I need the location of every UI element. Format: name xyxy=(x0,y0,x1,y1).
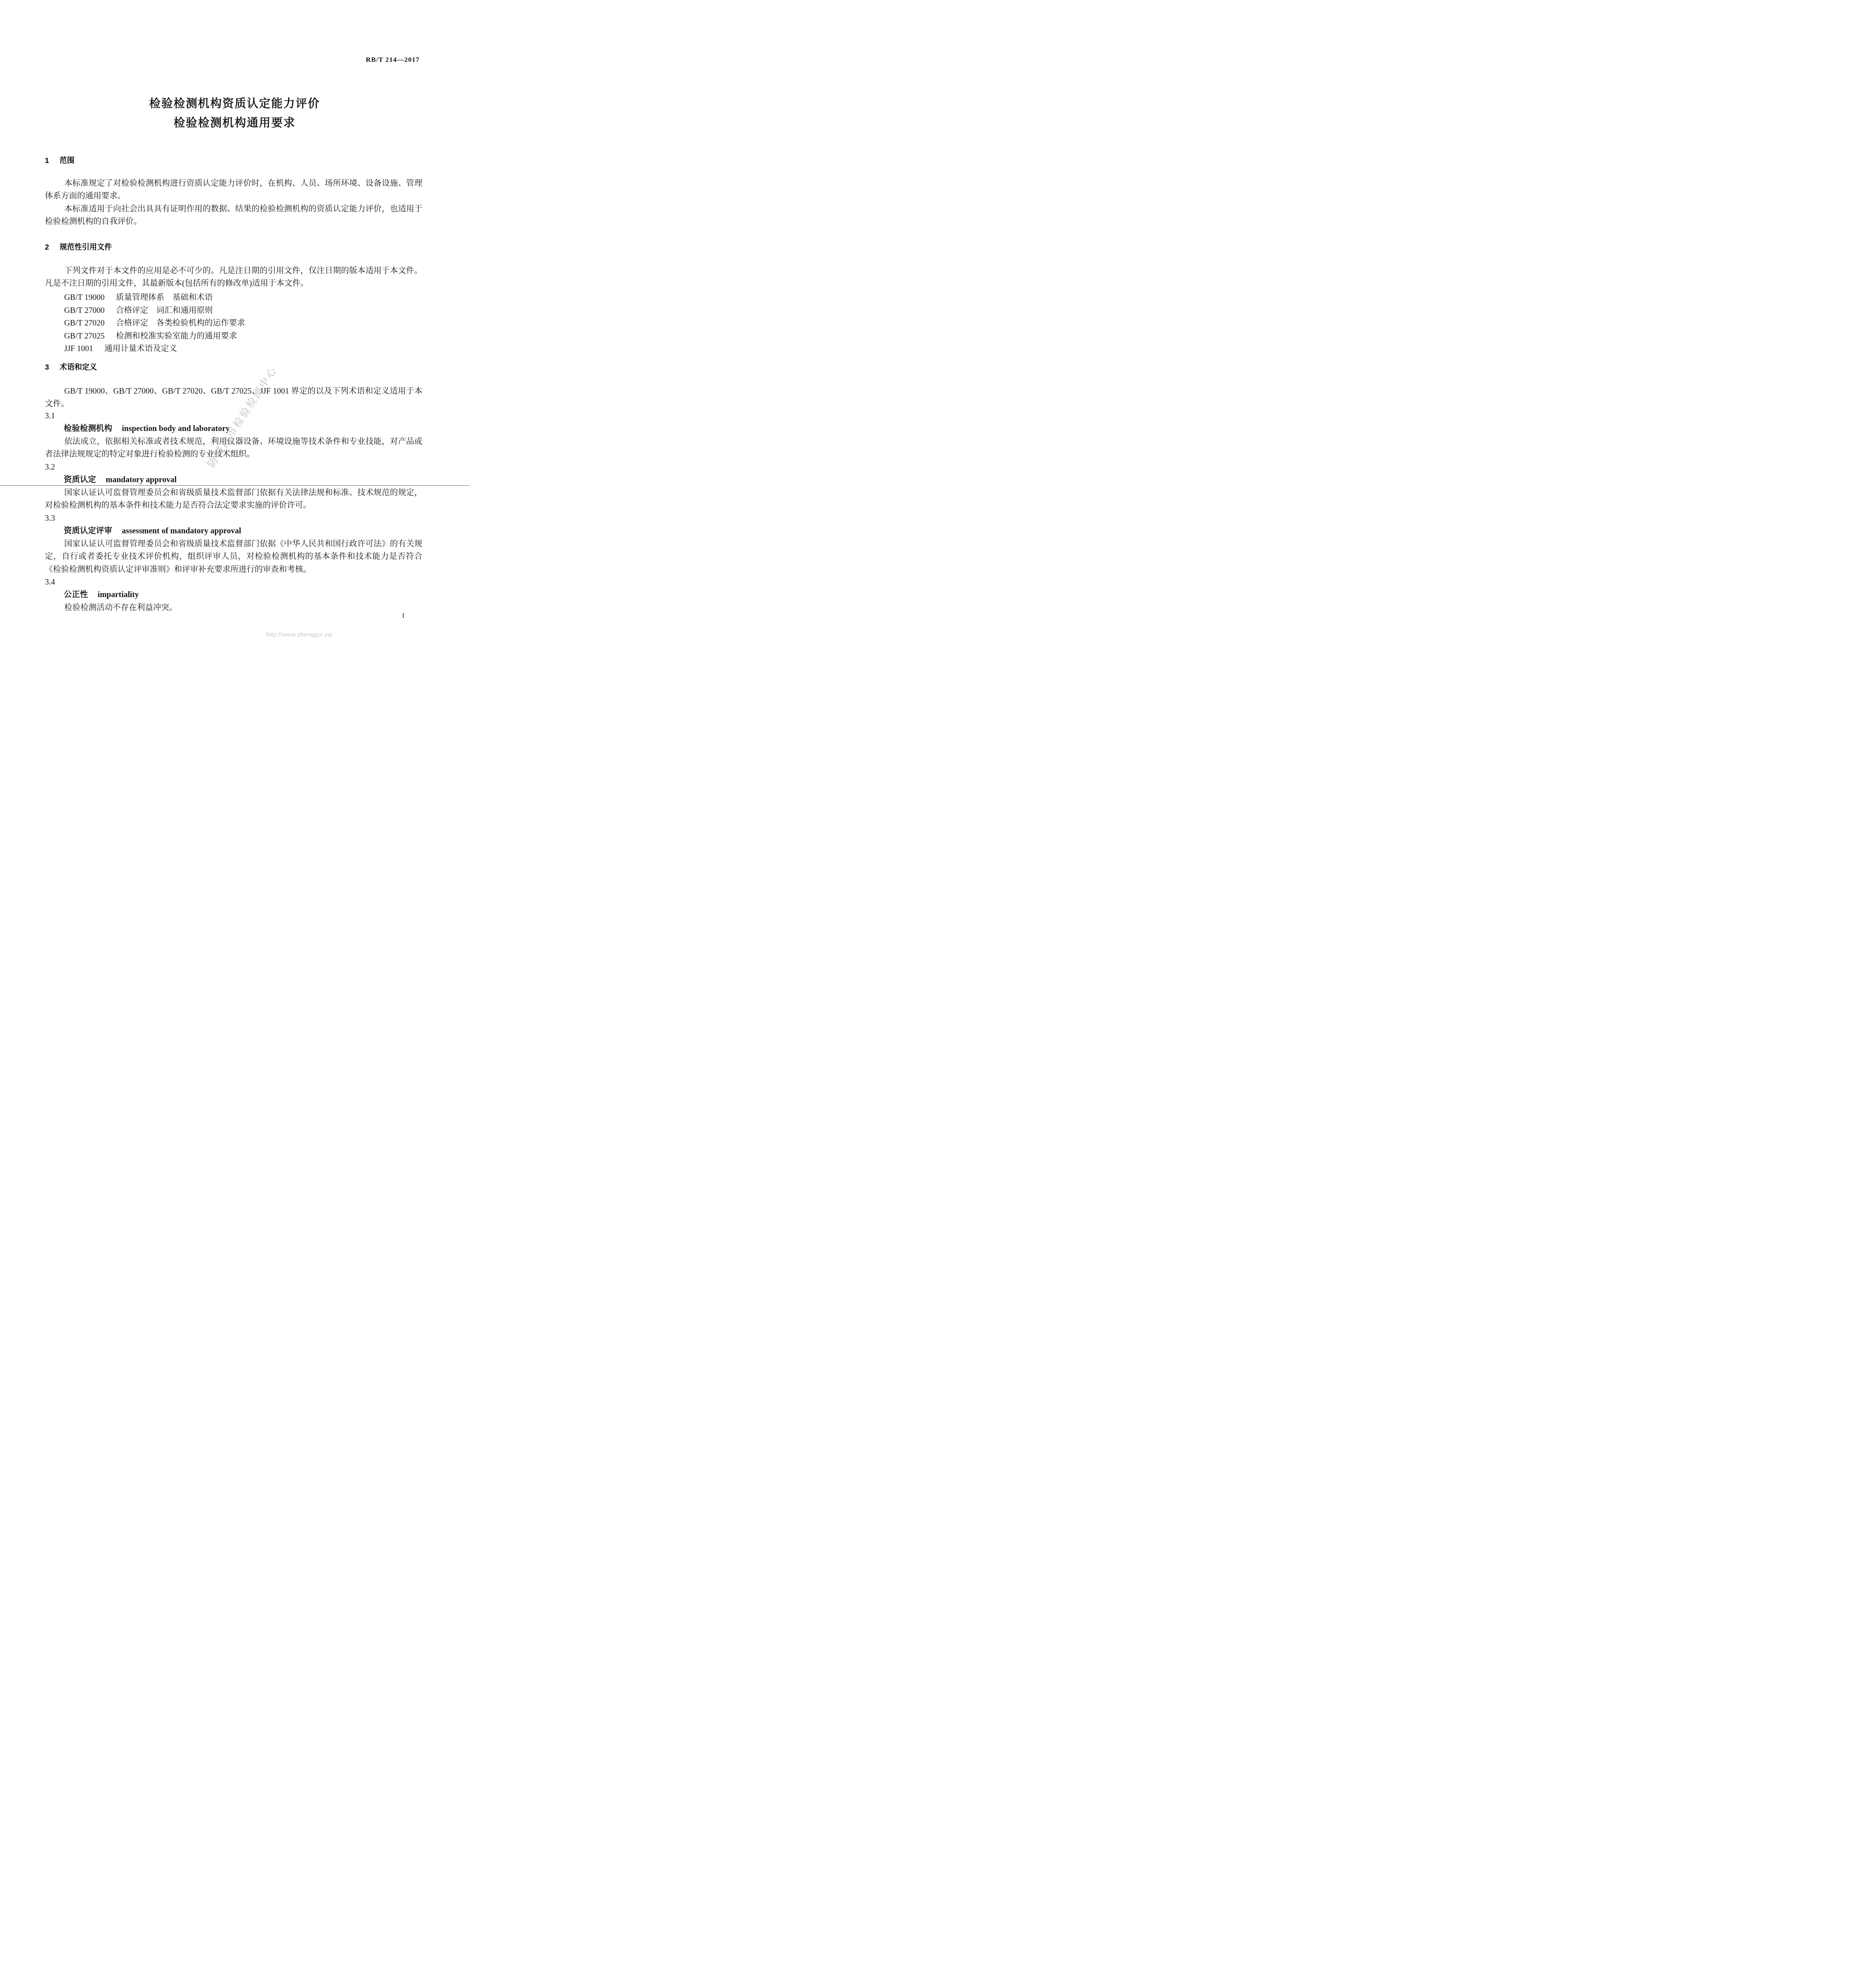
document-title: 检验检测机构资质认定能力评价 检验检测机构通用要求 xyxy=(0,94,469,133)
reference-item: GB/T 27000合格评定 词汇和通用原则 xyxy=(64,304,422,317)
term-number: 3.2 xyxy=(45,461,422,474)
term-name-chinese: 资质认定 xyxy=(64,475,96,484)
reference-code: GB/T 27000 xyxy=(64,306,105,315)
term-name-line: 资质认定mandatory approval xyxy=(45,474,422,486)
document-title-line-1: 检验检测机构资质认定能力评价 xyxy=(0,94,469,114)
reference-item: JJF 1001通用计量术语及定义 xyxy=(64,342,422,355)
normative-reference-list: GB/T 19000质量管理体系 基础和术语 GB/T 27000合格评定 词汇… xyxy=(64,291,422,355)
term-name-english: mandatory approval xyxy=(106,475,177,484)
reference-title: 质量管理体系 基础和术语 xyxy=(116,293,213,302)
section-1-heading: 1范围 xyxy=(45,155,74,165)
reference-code: GB/T 19000 xyxy=(64,293,105,302)
section-3-intro: GB/T 19000、GB/T 27000、GB/T 27020、GB/T 27… xyxy=(45,385,422,411)
reference-item: GB/T 27020合格评定 各类检验机构的运作要求 xyxy=(64,317,422,330)
term-name-english: impartiality xyxy=(98,590,139,599)
reference-item: GB/T 19000质量管理体系 基础和术语 xyxy=(64,291,422,304)
term-entry-3-3: 3.3 资质认定评审assessment of mandatory approv… xyxy=(45,512,422,576)
term-name-chinese: 公正性 xyxy=(64,590,88,599)
term-definition: 检验检测活动不存在利益冲突。 xyxy=(45,601,422,614)
section-2-title: 规范性引用文件 xyxy=(59,243,112,252)
section-3-number: 3 xyxy=(45,363,49,372)
term-entry-3-4: 3.4 公正性impartiality 检验检测活动不存在利益冲突。 xyxy=(45,576,422,614)
section-1-number: 1 xyxy=(45,157,49,165)
doc-code: RB/T 214—2017 xyxy=(366,55,420,64)
term-entry-3-2: 3.2 资质认定mandatory approval 国家认证认可监督管理委员会… xyxy=(45,461,422,512)
term-number: 3.4 xyxy=(45,576,422,588)
term-name-chinese: 检验检测机构 xyxy=(64,424,112,433)
scanned-standard-page: RB/T 214—2017 检验检测机构资质认定能力评价 检验检测机构通用要求 … xyxy=(0,0,469,663)
section-2-number: 2 xyxy=(45,243,49,252)
term-definition: 国家认证认可监督管理委员会和省级质量技术监督部门依据《中华人民共和国行政许可法》… xyxy=(45,538,422,576)
page-number: 1 xyxy=(401,611,405,620)
section-3-intro-paragraph: GB/T 19000、GB/T 27000、GB/T 27020、GB/T 27… xyxy=(45,385,422,411)
term-name-chinese: 资质认定评审 xyxy=(64,526,112,535)
section-1-body: 本标准规定了对检验检测机构进行资质认定能力评价时，在机构、人员、场所环境、设备设… xyxy=(45,177,422,228)
term-number: 3.3 xyxy=(45,512,422,525)
url-watermark: http://www.zhenggui.vip xyxy=(266,631,333,638)
term-name-english: inspection body and laboratory xyxy=(122,424,230,433)
section-2-intro: 下列文件对于本文件的应用是必不可少的。凡是注日期的引用文件，仅注日期的版本适用于… xyxy=(45,264,422,290)
reference-title: 合格评定 各类检验机构的运作要求 xyxy=(116,319,245,327)
reference-code: GB/T 27025 xyxy=(64,332,105,340)
section-3-title: 术语和定义 xyxy=(59,363,97,372)
term-name-line: 公正性impartiality xyxy=(45,588,422,601)
term-name-english: assessment of mandatory approval xyxy=(122,527,241,535)
reference-title: 检测和校准实验室能力的通用要求 xyxy=(116,332,237,340)
reference-code: GB/T 27020 xyxy=(64,319,105,327)
section-2-heading: 2规范性引用文件 xyxy=(45,241,112,252)
section-2-intro-paragraph: 下列文件对于本文件的应用是必不可少的。凡是注日期的引用文件，仅注日期的版本适用于… xyxy=(45,264,422,290)
section-3-heading: 3术语和定义 xyxy=(45,361,97,372)
reference-code: JJF 1001 xyxy=(64,344,93,353)
scan-artifact-line xyxy=(0,485,469,486)
term-name-line: 资质认定评审assessment of mandatory approval xyxy=(45,525,422,537)
reference-title: 合格评定 词汇和通用原则 xyxy=(116,306,213,315)
section-1-title: 范围 xyxy=(59,157,74,165)
document-title-line-2: 检验检测机构通用要求 xyxy=(0,114,469,133)
section-1-paragraph-2: 本标准适用于向社会出具具有证明作用的数据、结果的检验检测机构的资质认定能力评价，… xyxy=(45,203,422,228)
term-definition: 国家认证认可监督管理委员会和省级质量技术监督部门依据有关法律法规和标准、技术规范… xyxy=(45,486,422,512)
section-1-paragraph-1: 本标准规定了对检验检测机构进行资质认定能力评价时，在机构、人员、场所环境、设备设… xyxy=(45,177,422,203)
reference-item: GB/T 27025检测和校准实验室能力的通用要求 xyxy=(64,330,422,343)
reference-title: 通用计量术语及定义 xyxy=(104,344,177,353)
